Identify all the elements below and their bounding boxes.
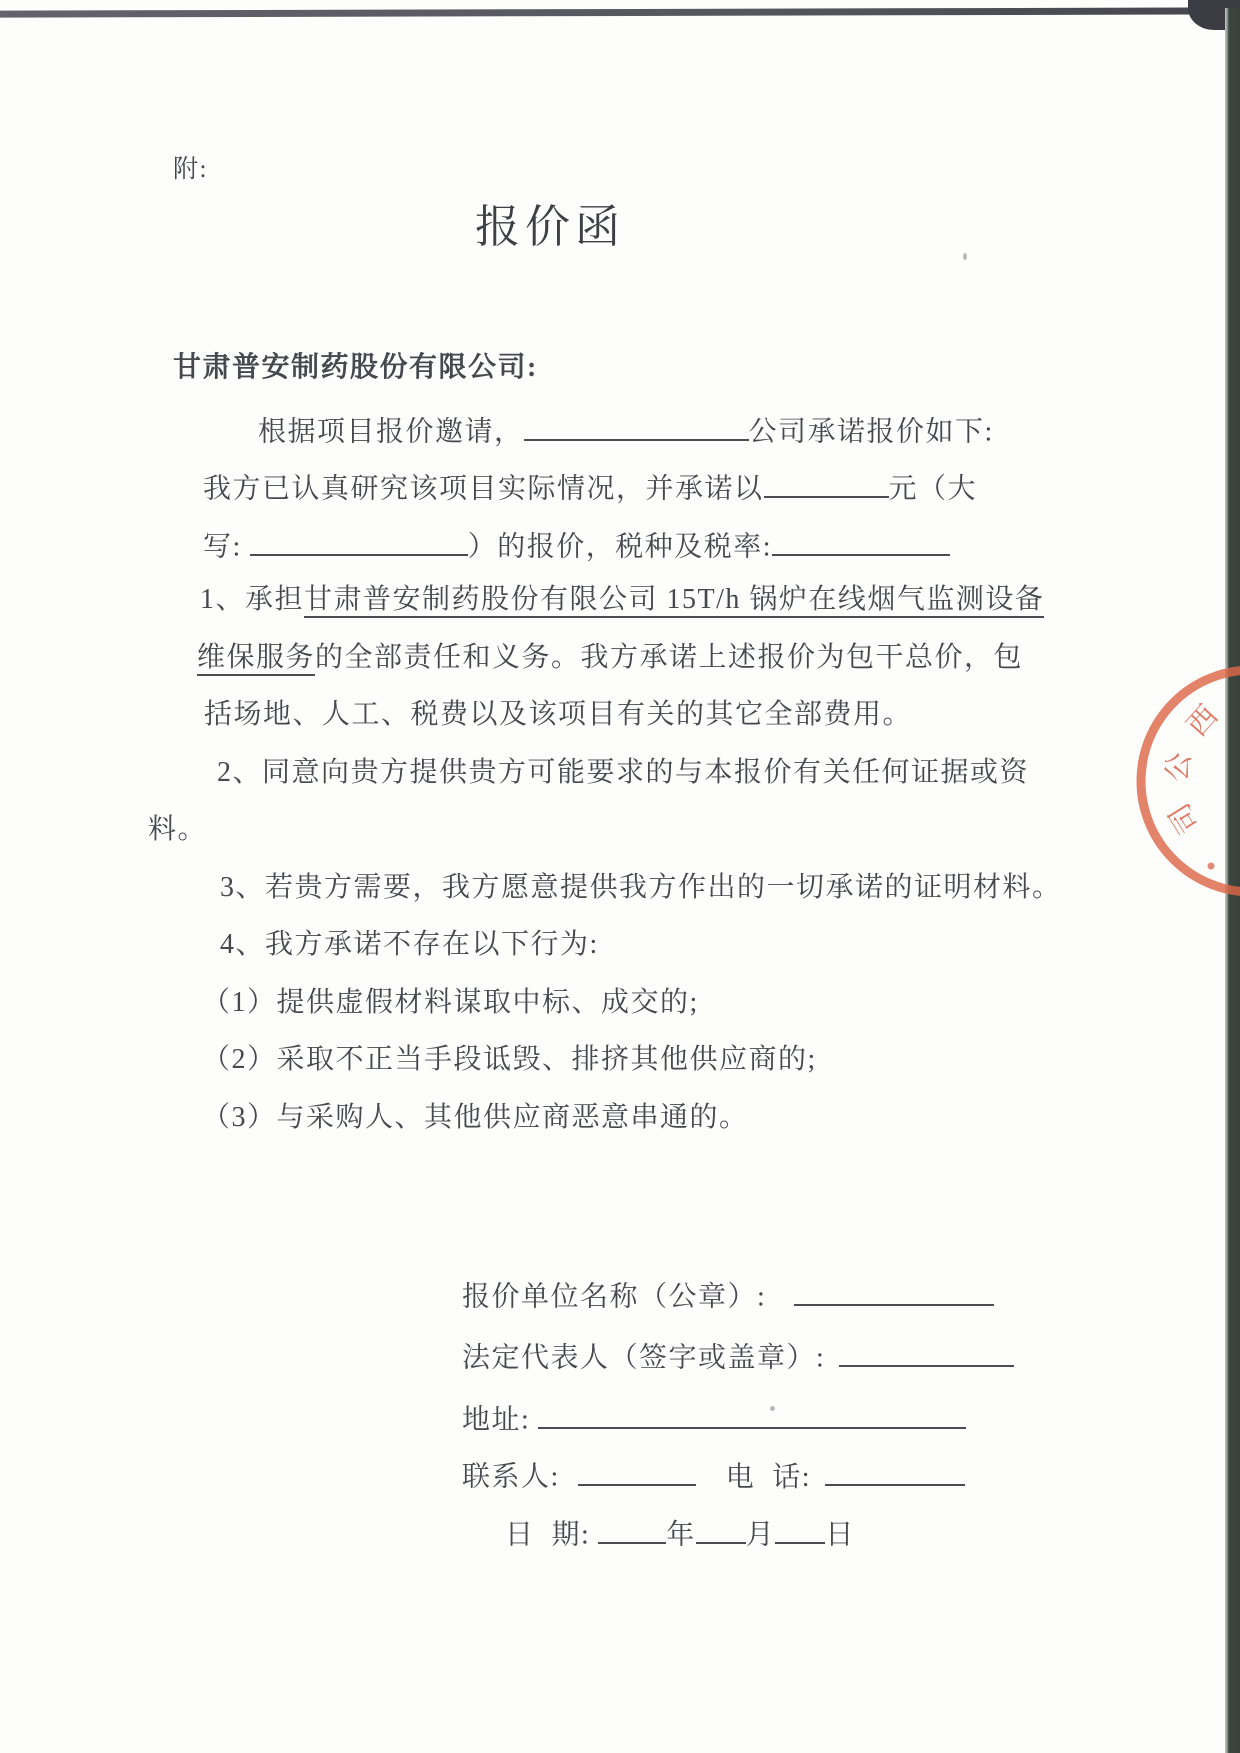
body-line-2: 我方已认真研究该项目实际情况，并承诺以元（大 (203, 467, 977, 508)
body-line-11: （1）提供虚假材料谋取中标、成交的; (202, 985, 699, 1021)
body-line-5: 维保服务的全部责任和义务。我方承诺上述报价为包干总价，包 (197, 640, 1023, 676)
signature-address-label: 地址: (462, 1405, 530, 1436)
page-title: 报价函 (0, 190, 1100, 255)
date-year-label: 年 (666, 1520, 696, 1551)
body-line-2-text: 我方已认真研究该项目实际情况，并承诺以 (203, 474, 764, 505)
seal-char-3: 司 (1164, 797, 1207, 839)
body-line-5-text: 的全部责任和义务。我方承诺上述报价为包干总价，包 (315, 642, 1023, 673)
blank-address (538, 1398, 966, 1429)
body-line-5-underlined-service: 维保服务 (197, 642, 315, 676)
signature-date-row: 日 期:年月日 (505, 1513, 855, 1554)
body-line-2-text-after: 元（大 (889, 474, 978, 505)
signature-address-row: 地址: (462, 1398, 966, 1439)
body-line-1-text-after: 公司承诺报价如下: (749, 417, 994, 448)
blank-month (696, 1513, 746, 1544)
body-line-4-text: 1、承担 (200, 584, 304, 615)
blank-tax-rate (772, 525, 950, 556)
attachment-label: 附: (173, 152, 208, 188)
scan-top-edge-shadow (0, 7, 1240, 17)
signature-contact-label: 联系人: (462, 1462, 560, 1493)
body-line-3-text-mid: ）的报价，税种及税率: (468, 532, 772, 563)
body-line-6: 括场地、人工、税费以及该项目有关的其它全部费用。 (204, 697, 912, 733)
signature-legal-rep-label: 法定代表人（签字或盖章）: (462, 1343, 825, 1374)
body-line-3: 写:）的报价，税种及税率: (203, 525, 950, 566)
red-seal-stamp: 西 公 司 (1090, 660, 1240, 910)
scanned-quotation-letter-page: 附: 报价函 甘肃普安制药股份有限公司: 根据项目报价邀请，公司承诺报价如下: … (0, 0, 1240, 1753)
blank-company-name (524, 410, 749, 441)
body-line-13: （3）与采购人、其他供应商恶意串通的。 (202, 1100, 749, 1136)
body-line-8: 料。 (148, 812, 207, 848)
blank-contact-person (578, 1455, 696, 1486)
blank-amount-in-words (250, 525, 468, 556)
signature-date-label: 日 期: (505, 1520, 590, 1551)
blank-signature-company (794, 1275, 994, 1306)
body-line-12: （2）采取不正当手段诋毁、排挤其他供应商的; (202, 1042, 817, 1078)
body-line-4: 1、承担甘肃普安制药股份有限公司 15T/h 锅炉在线烟气监测设备 (200, 582, 1044, 618)
date-day-label: 日 (825, 1520, 855, 1551)
signature-phone-label: 电 话: (726, 1462, 811, 1493)
body-line-10: 4、我方承诺不存在以下行为: (220, 927, 599, 963)
body-line-4-underlined-project: 甘肃普安制药股份有限公司 15T/h 锅炉在线烟气监测设备 (304, 584, 1044, 618)
blank-year (598, 1513, 666, 1544)
body-line-1-text: 根据项目报价邀请， (258, 417, 524, 448)
body-line-3-text: 写: (203, 532, 242, 563)
date-month-label: 月 (746, 1520, 776, 1551)
signature-contact-row: 联系人:电 话: (462, 1455, 965, 1496)
seal-dot (1208, 863, 1215, 870)
blank-phone (825, 1455, 965, 1486)
seal-char-1: 西 (1181, 700, 1224, 743)
seal-char-2: 公 (1161, 750, 1197, 783)
signature-legal-rep-row: 法定代表人（签字或盖章）: (462, 1336, 1014, 1377)
blank-signature-legal-rep (839, 1336, 1014, 1367)
signature-company-row: 报价单位名称（公章）: (462, 1275, 994, 1316)
body-line-9: 3、若贵方需要，我方愿意提供我方作出的一切承诺的证明材料。 (220, 870, 1062, 906)
blank-price-amount (764, 467, 889, 498)
body-line-7: 2、同意向贵方提供贵方可能要求的与本报价有关任何证据或资 (217, 755, 1029, 791)
body-line-1: 根据项目报价邀请，公司承诺报价如下: (258, 410, 994, 451)
signature-company-label: 报价单位名称（公章）: (462, 1282, 766, 1313)
blank-day (775, 1513, 825, 1544)
recipient-company: 甘肃普安制药股份有限公司: (173, 350, 538, 386)
